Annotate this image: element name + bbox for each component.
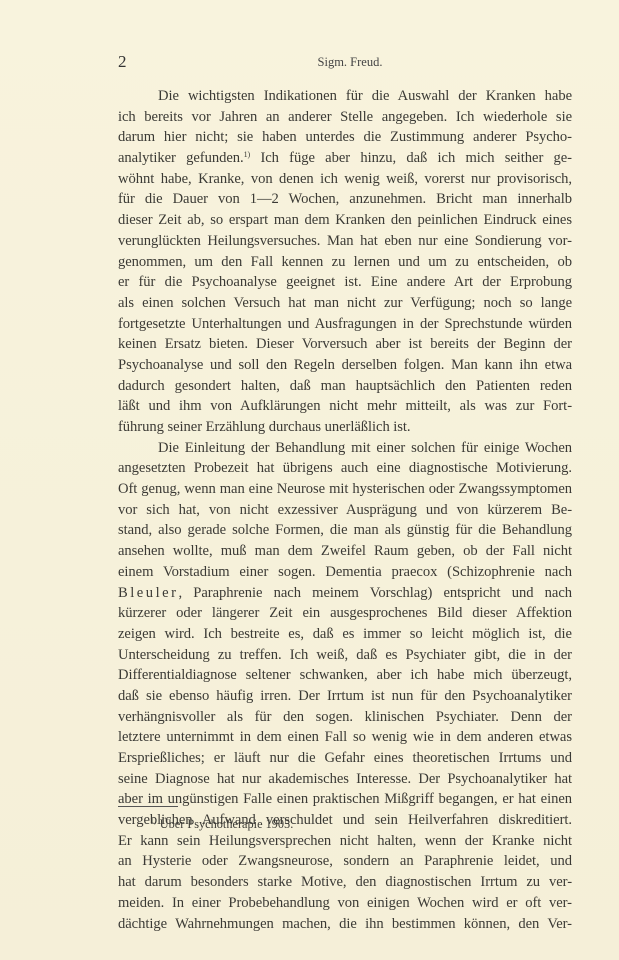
- text-line: ich bereits vor Jahren an anderer Stelle…: [118, 107, 572, 128]
- text-line: Differentialdiagnose seltener schwanken,…: [118, 665, 572, 686]
- footnote-marker: 1): [150, 816, 157, 825]
- text-line: daß sie ebenso häufig irren. Der Irrtum …: [118, 686, 572, 707]
- footnote: 1) Über Psychotherapie 1905.: [150, 817, 293, 832]
- author-name-spaced: Bleuler: [118, 585, 178, 601]
- text-line: angesetzten Probezeit hat übrigens auch …: [118, 458, 572, 479]
- text-line: genommen, um den Fall kennen zu lernen u…: [118, 252, 572, 273]
- text-line: einem Vorstadium einer sogen. Dementia p…: [118, 562, 572, 583]
- text-line: analytiker gefunden.1) Ich füge aber hin…: [118, 148, 572, 169]
- text-segment: Ich füge aber hinzu, daß ich mich seithe…: [250, 150, 572, 166]
- text-line: aber im ungünstigen Falle einen praktisc…: [118, 789, 572, 810]
- running-head: 2 Sigm. Freud.: [118, 52, 572, 72]
- text-line: kürzerer oder längerer Zeit ein ausgespr…: [118, 603, 572, 624]
- text-line: Unterscheidung zu treffen. Ich weiß, daß…: [118, 645, 572, 666]
- text-line: Bleuler, Paraphrenie nach meinem Vorschl…: [118, 583, 572, 604]
- text-line: dächtige Wahrnehmungen machen, die ihn b…: [118, 914, 572, 935]
- text-line: wöhnt habe, Kranke, von denen ich wenig …: [118, 169, 572, 190]
- text-line: für die Dauer von 1—2 Wochen, anzunehmen…: [118, 189, 572, 210]
- running-title: Sigm. Freud.: [118, 55, 572, 70]
- text-line: Oft genug, wenn man eine Neurose mit hys…: [118, 479, 572, 500]
- body-text: Die wichtigsten Indikationen für die Aus…: [118, 86, 572, 934]
- text-line: meiden. In einer Probebehandlung von ein…: [118, 893, 572, 914]
- text-line: vor sich hat, von nicht exzessiver Auspr…: [118, 500, 572, 521]
- text-line: ansehen wollte, muß man dem Zweifel Raum…: [118, 541, 572, 562]
- text-line: Psychoanalyse und soll den Regeln dersel…: [118, 355, 572, 376]
- text-line: als einen solchen Versuch hat man nicht …: [118, 293, 572, 314]
- text-segment: analytiker gefunden.: [118, 150, 244, 166]
- book-page: 2 Sigm. Freud. Die wichtigsten Indikatio…: [0, 0, 619, 960]
- text-line: er für die Psychoanalyse geeignet ist. E…: [118, 272, 572, 293]
- text-line: darum hier nicht; sie haben unterdes die…: [118, 127, 572, 148]
- text-segment: , Paraphrenie nach meinem Vorschlag) ent…: [178, 585, 572, 601]
- text-line: an Hysterie oder Zwangsneurose, sondern …: [118, 851, 572, 872]
- footnote-divider: [118, 806, 178, 807]
- text-line: keinen Ersatz bieten. Dieser Vorversuch …: [118, 334, 572, 355]
- text-line: fortgesetzte Unterhaltungen und Ausfragu…: [118, 314, 572, 335]
- text-line: Er kann sein Heilungsversprechen nicht h…: [118, 831, 572, 852]
- text-line: Die Einleitung der Behandlung mit einer …: [118, 438, 572, 459]
- text-line: Ersprießliches; er läuft nur die Gefahr …: [118, 748, 572, 769]
- text-line: verhängnisvoller als für den sogen. klin…: [118, 707, 572, 728]
- text-line: Die wichtigsten Indikationen für die Aus…: [118, 86, 572, 107]
- text-line: zeigen wird. Ich bestreite es, daß es im…: [118, 624, 572, 645]
- text-line: hat darum besonders starke Motive, den d…: [118, 872, 572, 893]
- text-line: verunglückten Heilungsversuches. Man hat…: [118, 231, 572, 252]
- footnote-text: Über Psychotherapie 1905.: [157, 817, 294, 831]
- text-line: stand, also gerade solche Formen, die ma…: [118, 520, 572, 541]
- text-line: letztere unternimmt in dem einen Fall so…: [118, 727, 572, 748]
- text-line: dieser Zeit ab, so erspart man dem Krank…: [118, 210, 572, 231]
- text-line: führung seiner Erzählung durchaus unerlä…: [118, 417, 572, 438]
- text-line: seine Diagnose hat nur akademisches Inte…: [118, 769, 572, 790]
- text-line: läßt und ihm von Aufklärungen nicht mehr…: [118, 396, 572, 417]
- text-line: dadurch gesondert halten, daß man haupts…: [118, 376, 572, 397]
